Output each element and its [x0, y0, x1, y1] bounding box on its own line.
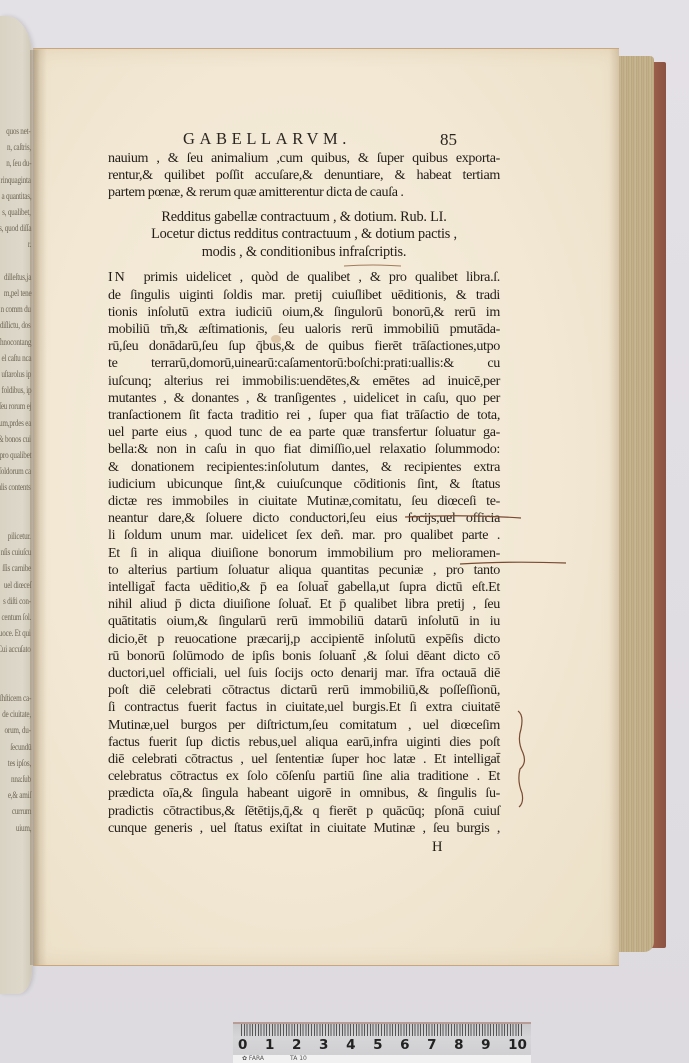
- text-line: mutantes , & donantes , & tranſigentes ,…: [108, 390, 500, 407]
- facing-page-line: pilicetur.: [8, 529, 31, 544]
- text-line: dicio,ēt p reuocatione præcarij,p accipi…: [108, 631, 500, 648]
- initial-letters: IN: [108, 270, 127, 285]
- text-line: poſt diē celebrati cōtractus dictarū rer…: [108, 682, 500, 699]
- facing-page-line: el caſtu nca: [1, 351, 31, 366]
- ruler-label: 7: [427, 1037, 436, 1055]
- text-line: factus fuerit ſup dictis rebus,uel aliqu…: [108, 734, 500, 751]
- ruler-label: 0: [238, 1037, 247, 1055]
- facing-page-line: quos net-: [7, 124, 31, 139]
- text-line: mobiliū tm̄,& æſtimationis, ſeu ualoris …: [108, 321, 500, 338]
- text-line: ductori,uel officiali, uel ſuis ſocijs o…: [108, 665, 500, 682]
- facing-page-line: m,pel tene: [3, 286, 31, 301]
- bracket-pen-mark: [515, 709, 529, 809]
- text-block: nauium , & ſeu animalium ,cum quibus, & …: [108, 150, 500, 837]
- ruler-ticks: [241, 1024, 523, 1036]
- facing-page-line: ſoldorum ca: [0, 464, 31, 479]
- ruler-label: 8: [454, 1037, 463, 1055]
- facing-page-line: s, quod diſſa: [0, 221, 31, 236]
- ruler-label: 10: [508, 1037, 527, 1055]
- text-line: rentur,& quilibet poſſit accuſare,& denu…: [108, 167, 500, 184]
- text-line: tranſactionem ſit facta traditio rei , ſ…: [108, 407, 500, 424]
- facing-page-line: dilleſtus,ja: [4, 270, 31, 285]
- ruler-label: 3: [319, 1037, 328, 1055]
- facing-page-line: ſeu rorum ej: [0, 399, 31, 414]
- text-line: neantur dare,& ſoluere dicto conductori,…: [108, 510, 500, 527]
- facing-page-line: uel diœceſ: [4, 578, 31, 593]
- facing-page-line: n, ſeu du-: [6, 156, 31, 171]
- text-line: li ſoldum unum mar. uidelicet ſex deñ. m…: [108, 527, 500, 544]
- text-line: to alterius partium ſoluatur aliqua quan…: [108, 562, 500, 579]
- facing-page-line: n, caſtris,: [7, 140, 31, 155]
- text-line: iuſcunq; alterius rei immobilis:uendētes…: [108, 373, 500, 390]
- facing-page-line: tulis contents: [0, 480, 31, 495]
- facing-page-line: s diſti con-: [3, 594, 31, 609]
- first-line-text: primis uidelicet , quòd de qualibet , & …: [144, 269, 500, 285]
- ruler-label: 2: [292, 1037, 301, 1055]
- facing-page-line: ſecundū: [10, 740, 31, 755]
- rubric-line: modis , & conditionibus infraſcriptis.: [108, 244, 500, 262]
- text-line: diē celebrati cōtractus , uel ſententiæ …: [108, 751, 500, 768]
- text-line: dictæ res immobiles in ciuitate Mutinæ,c…: [108, 493, 500, 510]
- facing-page-line: ſhſticem ca-: [0, 691, 31, 706]
- ruler-footer: ✿ FARA TA 10: [233, 1055, 531, 1063]
- facing-page-line: tes ipſos,: [8, 756, 31, 771]
- body-paragraph: de ſingulis uiginti ſoldis mar. pretij c…: [108, 287, 500, 838]
- page-number: 85: [440, 130, 457, 150]
- text-line: nihil aliud p̄ dicta diuiſione ſoluat̄. …: [108, 596, 500, 613]
- text-line: ſi contractus fuerit factus in ciuitate,…: [108, 699, 500, 716]
- text-line: iudicium ubicunque ſint,& cuiuſcunque cō…: [108, 476, 500, 493]
- text-line: cunque generis , uel ſtatus exiſtat in c…: [108, 820, 500, 837]
- ruler-label: 9: [481, 1037, 490, 1055]
- text-line: intelligat̄ facta uēditio,& p̄ ea ſoluat…: [108, 579, 500, 596]
- text-line: rū bonorū ſolūmodo de ipſis bonis ſoluan…: [108, 648, 500, 665]
- facing-page-line: um,prdes ea: [0, 416, 31, 431]
- ruler-brand: ✿ FARA: [242, 1055, 264, 1062]
- ruler-labels: 012345678910: [238, 1037, 527, 1055]
- text-line: te terrarū,domorū,uinearū:caſamentorū:bo…: [108, 355, 500, 372]
- facing-page-line: e,& amiſ: [8, 788, 31, 803]
- text-line: Mutinæ,uel burgos per diſtrictum,ſeu com…: [108, 717, 500, 734]
- facing-page-line: uſtarolus ip: [1, 367, 31, 382]
- scale-ruler: 012345678910: [233, 1022, 531, 1057]
- text-line: bella:& non in caſu in quo fiat dimiſſio…: [108, 441, 500, 458]
- ruler-label: 5: [373, 1037, 382, 1055]
- text-line: celebratus cōtractus ex ſolo cōſenſu par…: [108, 768, 500, 785]
- facing-page-line: ſſis carnibe: [2, 561, 31, 576]
- rubric-line: Locetur dictus redditus contractuum , & …: [108, 226, 500, 244]
- ruler-label: 1: [265, 1037, 274, 1055]
- facing-page-line: diſlictu, dos: [0, 318, 31, 333]
- rubric-heading: Redditus gabellæ contractuum , & dotium.…: [108, 209, 500, 262]
- facing-page-line: currum: [12, 804, 31, 819]
- facing-page-line: foldibus, ip: [1, 383, 31, 398]
- book-page: GABELLARVM. 85 nauium , & ſeu animalium …: [33, 48, 619, 966]
- text-line: partem pœnæ, & rerum quæ amitterentur di…: [108, 184, 500, 201]
- text-line: uel parte eius , quod tunc de ea parte q…: [108, 424, 500, 441]
- text-line: tionis inſolutū extra iudiciū oium,& ſin…: [108, 304, 500, 321]
- ruler-label: 4: [346, 1037, 355, 1055]
- facing-page-line: nſis cuiuſcu: [0, 545, 31, 560]
- facing-page-fragment: quos net-n, caſtris,n, ſeu du-rinquagint…: [0, 16, 32, 994]
- text-line: & donationem recipientes:inſolutum dante…: [108, 459, 500, 476]
- text-line: prædicta oīa,& ſingula habeant uigorē in…: [108, 785, 500, 802]
- facing-page-line: s, qualibet,: [2, 205, 31, 220]
- text-line: de ſingulis uiginti ſoldis mar. pretij c…: [108, 287, 500, 304]
- facing-page-line: orum, du-: [5, 723, 31, 738]
- facing-page-line: de ciuitate,: [2, 707, 31, 722]
- facing-page-line: n comm du: [1, 302, 31, 317]
- facing-page-line: rinquaginta: [1, 173, 31, 188]
- facing-page-line: & bonos cui: [0, 432, 31, 447]
- text-line-first: IN primis uidelicet , quòd de qualibet ,…: [108, 269, 500, 286]
- facing-page-line: nna:ſub: [11, 772, 31, 787]
- running-head: GABELLARVM. 85: [33, 129, 619, 151]
- rubric-line: Redditus gabellæ contractuum , & dotium.…: [108, 209, 500, 227]
- facing-page-line: Cui accuſato: [0, 642, 31, 657]
- facing-page-line: uoce. Et qui: [0, 626, 31, 641]
- facing-page-line: uium,: [16, 821, 31, 836]
- text-line: pradictis cōtractibus,& ſētētijs,q̄,& q …: [108, 803, 500, 820]
- text-line: quātitatis oium,& ſingularū rerū immobil…: [108, 613, 500, 630]
- running-title: GABELLARVM.: [183, 129, 351, 149]
- gutter-shadow: [30, 50, 40, 965]
- text-line: Et ſi in aliqua diuiſione bonorum immobi…: [108, 545, 500, 562]
- text-line: rū,ſeu donādarū,ſeu ſup q̄bus,& de quibu…: [108, 338, 500, 355]
- signature-mark: H: [432, 839, 442, 856]
- ruler-model: TA 10: [290, 1055, 307, 1062]
- facing-page-line: ſhnocontang: [0, 335, 31, 350]
- facing-page-line: a quantitas,: [1, 189, 31, 204]
- facing-page-line: centum ſol.: [1, 610, 31, 625]
- ruler-label: 6: [400, 1037, 409, 1055]
- text-line: nauium , & ſeu animalium ,cum quibus, & …: [108, 150, 500, 167]
- facing-page-line: e pro qualibet: [0, 448, 31, 463]
